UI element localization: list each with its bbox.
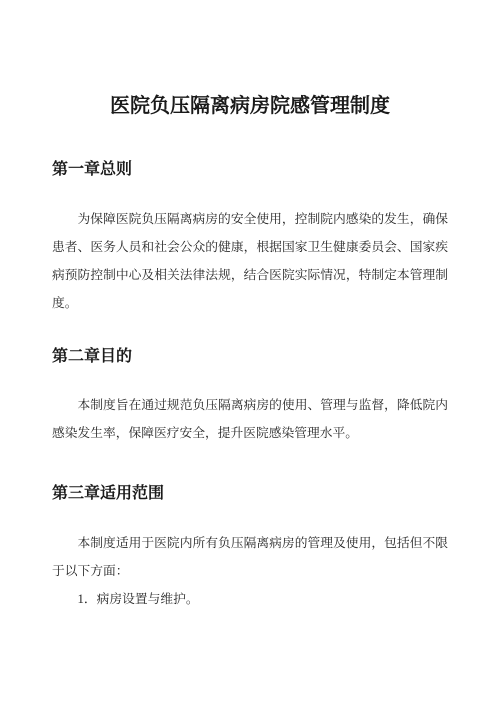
list-item-1: 1．病房设置与维护。 bbox=[52, 585, 448, 613]
document-page: 医院负压隔离病房院感管理制度 第一章总则 为保障医院负压隔离病房的安全使用，控制… bbox=[0, 0, 500, 707]
section-paragraph-chapter-2: 本制度旨在通过规范负压隔离病房的使用、管理与监督，降低院内感染发生率，保障医疗安… bbox=[52, 391, 448, 447]
section-paragraph-chapter-1: 为保障医院负压隔离病房的安全使用，控制院内感染的发生，确保患者、医务人员和社会公… bbox=[52, 205, 448, 317]
section-heading-chapter-3: 第三章适用范围 bbox=[52, 484, 448, 504]
document-title: 医院负压隔离病房院感管理制度 bbox=[52, 93, 448, 119]
section-heading-chapter-1: 第一章总则 bbox=[52, 160, 448, 180]
section-heading-chapter-2: 第二章目的 bbox=[52, 347, 448, 367]
section-paragraph-chapter-3: 本制度适用于医院内所有负压隔离病房的管理及使用，包括但不限于以下方面： bbox=[52, 529, 448, 585]
